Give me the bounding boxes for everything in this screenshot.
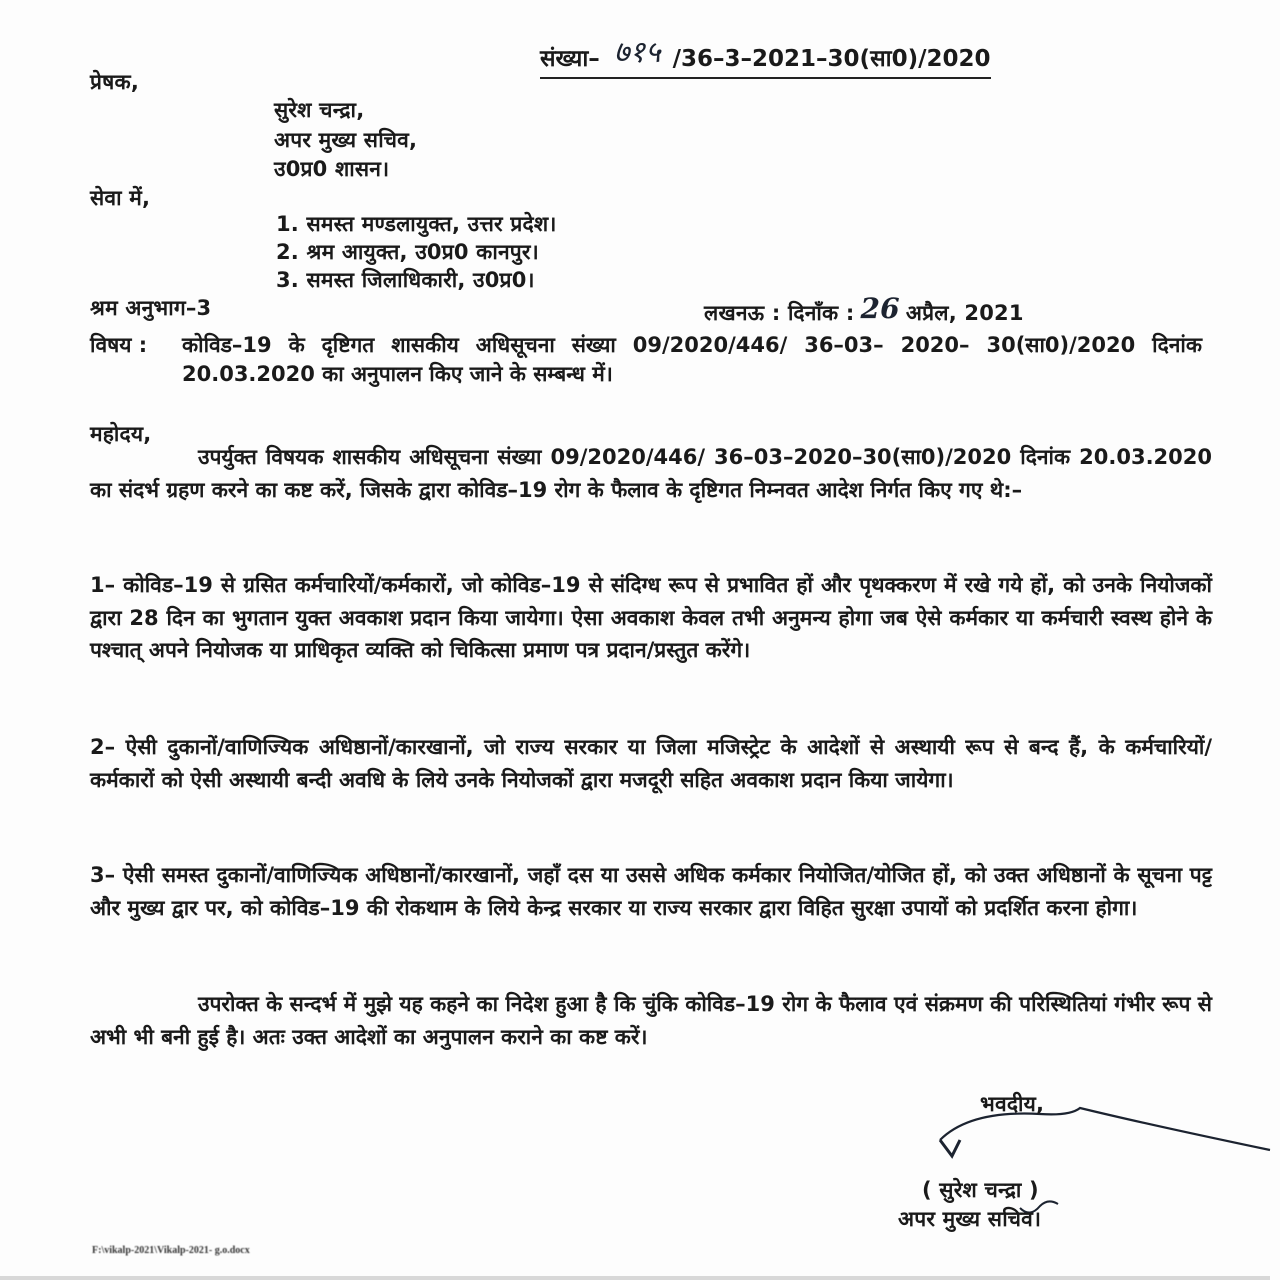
recipient-item: 1. समस्त मण्डलायुक्त, उत्तर प्रदेश। (276, 210, 557, 238)
valediction: भवदीय, (980, 1090, 1044, 1118)
signatory-designation: अपर मुख्य सचिव। (898, 1205, 1041, 1233)
recipient-item: 3. समस्त जिलाधिकारी, उ0प्र0। (276, 266, 535, 294)
section-label: श्रम अनुभाग–3 (90, 294, 211, 322)
dateline-place: लखनऊ : दिनाँक : (704, 301, 855, 325)
reference-prefix: संख्या– (540, 46, 600, 72)
footer-file-path: F:\vikalp-2021\Vikalp-2021- g.o.docx (92, 1245, 250, 1256)
dateline: लखनऊ : दिनाँक :26अप्रैल, 2021 (704, 294, 1024, 327)
closing-paragraph: उपरोक्त के सन्दर्भ में मुझे यह कहने का न… (90, 988, 1212, 1053)
handwritten-reference-number: ७१५ (614, 30, 661, 71)
reference-suffix: /36–3–2021–30(सा0)/2020 (673, 46, 991, 72)
subject-label: विषय : (90, 331, 182, 360)
order-point-2: 2– ऐसी दुकानों/वाणिज्यिक अधिष्ठानों/कारख… (90, 731, 1212, 796)
subject-text: कोविड–19 के दृष्टिगत शासकीय अधिसूचना संख… (182, 331, 1202, 389)
subject: विषय :कोविड–19 के दृष्टिगत शासकीय अधिसूच… (90, 331, 1212, 389)
recipient-item: 2. श्रम आयुक्त, उ0प्र0 कानपुर। (276, 238, 539, 266)
order-point-3: 3– ऐसी समस्त दुकानों/वाणिज्यिक अधिष्ठानो… (90, 859, 1212, 924)
sender-name: सुरेश चन्द्रा, (274, 96, 364, 124)
reference-number: संख्या–७१५/36–3–2021–30(सा0)/2020 (540, 34, 991, 79)
page-bottom-edge (0, 1276, 1270, 1280)
intro-paragraph: उपर्युक्त विषयक शासकीय अधिसूचना संख्या 0… (90, 441, 1212, 506)
document-page: संख्या–७१५/36–3–2021–30(सा0)/2020 प्रेषक… (0, 0, 1280, 1280)
signatory-name: ( सुरेश चन्द्रा ) (922, 1176, 1039, 1204)
order-point-1: 1– कोविड–19 से ग्रसित कर्मचारियों/कर्मका… (90, 569, 1212, 667)
recipients-label: सेवा में, (90, 184, 150, 212)
handwritten-date: 26 (861, 292, 900, 325)
dateline-month-year: अप्रैल, 2021 (906, 301, 1024, 325)
sender-designation: अपर मुख्य सचिव, (274, 126, 417, 154)
sender-office: उ0प्र0 शासन। (274, 155, 389, 183)
sender-label: प्रेषक, (90, 68, 139, 96)
